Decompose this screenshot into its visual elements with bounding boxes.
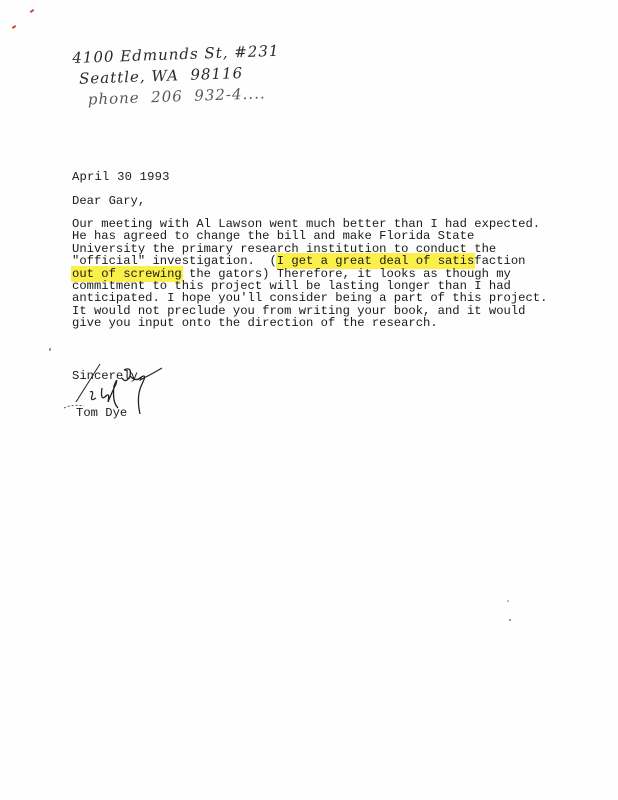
letter-date: April 30 1993 [72,170,170,184]
handwritten-address: 4100 Edmunds St, #231 Seattle, WA 98116 … [72,41,281,111]
letter-page: 4100 Edmunds St, #231 Seattle, WA 98116 … [0,0,618,800]
body-text-segment: give you input onto the direction of the… [72,316,438,330]
letter-body: Our meeting with Al Lawson went much bet… [72,218,612,330]
body-line: give you input onto the direction of the… [72,317,612,329]
speck [509,619,511,621]
salutation: Dear Gary, [72,194,145,208]
speck [507,600,509,602]
red-mark [12,25,16,29]
red-mark [30,9,34,13]
signature-icon [62,362,182,424]
speck [49,348,51,351]
